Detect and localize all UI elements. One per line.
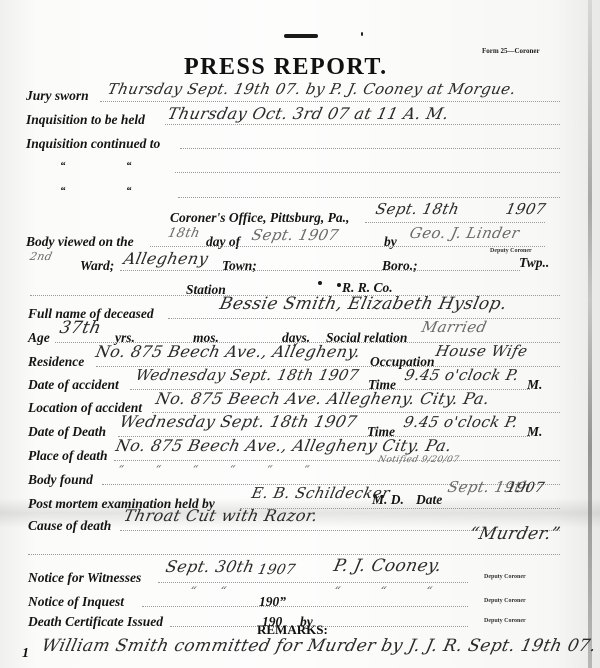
inquisition-continued-line xyxy=(180,148,560,149)
ward-line xyxy=(120,270,520,271)
continued-line-3 xyxy=(178,197,560,198)
remark-number: 1 xyxy=(22,646,29,662)
press-report-page: Form 25—Coroner PRESS REPORT. Jury sworn… xyxy=(0,0,600,668)
date-of-accident-value: Wednesday Sept. 18th 1907 xyxy=(134,366,361,384)
continued-line-2 xyxy=(175,172,560,173)
deputy-coroner-caption: Deputy Coroner xyxy=(484,574,526,580)
post-mortem-year: 1907 xyxy=(505,480,546,496)
coroners-office-year: 1907 xyxy=(504,200,548,218)
jury-sworn-line xyxy=(100,101,560,102)
md-label: M. D. xyxy=(372,492,404,508)
deputy-coroner-caption: Deputy Coroner xyxy=(484,598,526,604)
cause-of-death-value: Throat Cut with Razor. xyxy=(122,506,320,525)
post-mortem-annotation: Notified 9/20/07 xyxy=(377,455,460,465)
post-mortem-date-label: Date xyxy=(416,492,442,508)
notice-inquest-date: “ “ xyxy=(189,584,238,598)
notice-witnesses-label: Notice for Witnesses xyxy=(28,570,141,586)
location-of-accident-value: No. 875 Beech Ave. Allegheny. City. Pa. xyxy=(154,389,492,408)
death-time-value: 9.45 o'clock P. xyxy=(402,413,519,431)
body-viewed-line xyxy=(150,246,545,247)
deputy-coroner-caption: Deputy Coroner xyxy=(484,618,526,624)
blank-line xyxy=(28,554,560,555)
form-number: Form 25—Coroner xyxy=(482,47,540,55)
ward-town: Allegheny xyxy=(122,249,210,268)
body-viewed-by-label: by xyxy=(384,234,397,250)
notice-inquest-year: 190” xyxy=(259,594,286,610)
ward-label: Ward; xyxy=(80,258,114,274)
death-meridiem: M. xyxy=(527,424,542,440)
coroners-office-line xyxy=(365,222,545,223)
date-of-accident-label: Date of accident xyxy=(28,377,119,393)
body-viewed-month: Sept. 1907 xyxy=(250,226,340,244)
death-certificate-label: Death Certificate Issued xyxy=(28,614,163,630)
date-of-death-value: Wednesday Sept. 18th 1907 xyxy=(118,412,359,431)
body-found-label: Body found xyxy=(28,472,93,488)
residence-label: Residence xyxy=(28,354,84,370)
jury-sworn-label: Jury sworn xyxy=(26,88,89,104)
place-of-death-value: No. 875 Beech Ave., Allegheny City. Pa. xyxy=(114,436,454,455)
notice-witnesses-line xyxy=(158,582,468,583)
ink-dot xyxy=(361,32,363,36)
ditto-mark: “ xyxy=(60,185,66,197)
town-label: Town; xyxy=(222,258,257,274)
notice-inquest-label: Notice of Inquest xyxy=(28,594,124,610)
coroners-office-label: Coroner's Office, Pittsburg, Pa., xyxy=(170,210,349,226)
inquisition-continued-label: Inquisition continued to xyxy=(26,136,160,152)
deputy-coroner-caption: Deputy Coroner xyxy=(490,248,532,254)
ink-blot xyxy=(284,34,318,38)
inquisition-held-value: Thursday Oct. 3rd 07 at 11 A. M. xyxy=(166,104,451,123)
notice-witnesses-year: 1907 xyxy=(256,562,297,578)
place-of-death-line xyxy=(114,460,560,461)
place-of-death-label: Place of death xyxy=(28,448,107,464)
ink-dot xyxy=(337,283,341,287)
notice-inquest-by: “ “ “ xyxy=(333,584,452,598)
coroners-office-date: Sept. 18th xyxy=(374,200,461,218)
boro-label: Boro.; xyxy=(382,258,418,274)
notice-witnesses-by: P. J. Cooney. xyxy=(332,556,444,576)
verdict-value: “Murder.” xyxy=(468,524,562,544)
notice-inquest-line xyxy=(142,606,468,607)
residence-value: No. 875 Beech Ave., Allegheny. xyxy=(94,342,362,361)
deceased-name-value: Bessie Smith, Elizabeth Hyslop. xyxy=(218,294,509,314)
age-value: 37th xyxy=(58,318,103,338)
social-relation-value: Married xyxy=(420,318,489,336)
ink-dot xyxy=(318,281,322,285)
inquisition-held-line xyxy=(165,124,560,125)
body-found-value: “ “ “ “ “ “ xyxy=(117,463,325,476)
remark-text: William Smith committed for Murder by J.… xyxy=(40,636,598,656)
body-viewed-by: Geo. J. Linder xyxy=(408,224,521,242)
page-title: PRESS REPORT. xyxy=(184,54,388,81)
ditto-mark: “ xyxy=(126,185,132,197)
post-mortem-by: E. B. Schildecker xyxy=(250,484,392,502)
body-viewed-label: Body viewed on the xyxy=(26,234,134,250)
body-viewed-day: 18th xyxy=(166,226,201,241)
paper-edge xyxy=(588,0,592,668)
accident-meridiem: M. xyxy=(527,377,542,393)
ward-number: 2nd xyxy=(29,250,54,263)
accident-time-value: 9.45 o'clock P. xyxy=(403,366,520,384)
twp-label: Twp.. xyxy=(519,255,549,271)
cause-of-death-label: Cause of death xyxy=(28,518,111,534)
age-label: Age xyxy=(28,330,50,346)
body-viewed-day-label: day of xyxy=(206,234,240,250)
ditto-mark: “ xyxy=(60,160,66,172)
date-of-death-label: Date of Death xyxy=(28,424,106,440)
ditto-mark: “ xyxy=(126,160,132,172)
notice-witnesses-date: Sept. 30th xyxy=(164,557,256,576)
jury-sworn-value: Thursday Sept. 19th 07. by P. J. Cooney … xyxy=(106,80,518,98)
inquisition-held-label: Inquisition to be held xyxy=(26,112,145,128)
deceased-name-line xyxy=(168,318,560,319)
occupation-value: House Wife xyxy=(434,342,529,360)
